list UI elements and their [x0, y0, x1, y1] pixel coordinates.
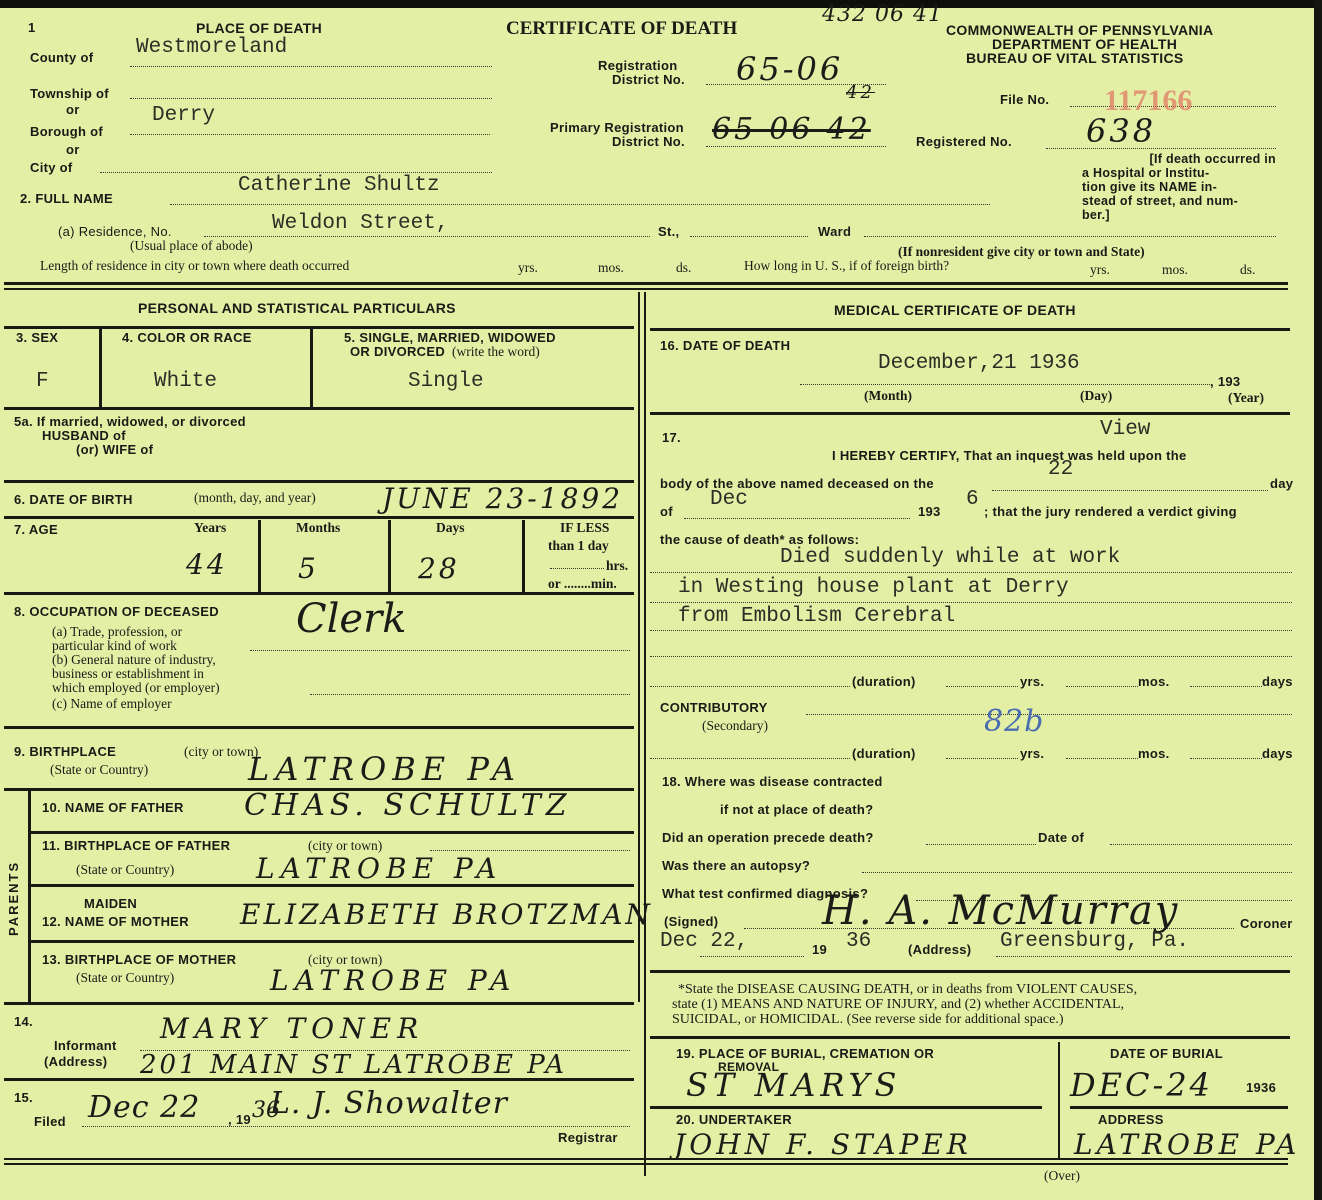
- burial-place-value: ST MARYS: [686, 1066, 901, 1104]
- registrar-signature: L. J. Showalter: [270, 1086, 508, 1121]
- coroner-label: Coroner: [1240, 916, 1293, 931]
- yrs-label: yrs.: [518, 260, 538, 276]
- informant-address-value: 201 MAIN ST LATROBE PA: [140, 1050, 567, 1080]
- or-text: or: [66, 102, 80, 117]
- primary-registration-label: Primary Registration: [550, 120, 684, 135]
- blue-code: 82b: [984, 704, 1044, 739]
- dob-sub-label: (month, day, and year): [194, 490, 316, 506]
- days-label: Days: [436, 520, 465, 536]
- signed-year-prefix: 19: [812, 942, 827, 957]
- over-label: (Over): [1044, 1168, 1080, 1184]
- father-birthplace-sub-2: (State or Country): [76, 862, 174, 878]
- min-label: or ........min.: [548, 576, 617, 592]
- marital-value: Single: [408, 370, 484, 393]
- coroner-signature: H. A. McMurray: [822, 888, 1179, 934]
- if-less-label: IF LESS: [560, 520, 609, 536]
- filed-number: 15.: [14, 1090, 33, 1105]
- township-label: Township of: [30, 86, 109, 101]
- contributory-label: CONTRIBUTORY: [660, 700, 768, 715]
- marital-label: 5. SINGLE, MARRIED, WIDOWED: [344, 330, 556, 345]
- informant-name-value: MARY TONER: [160, 1012, 424, 1045]
- ward-label: Ward: [818, 224, 851, 239]
- operation-label: Did an operation precede death?: [662, 830, 874, 845]
- primary-registration-label-2: District No.: [612, 134, 685, 149]
- year-prefix: , 193: [1210, 374, 1240, 389]
- husband-of-label: HUSBAND of: [42, 428, 126, 443]
- mother-birthplace-label: 13. BIRTHPLACE OF MOTHER: [42, 952, 236, 967]
- cause-line-2: in Westing house plant at Derry: [678, 576, 1069, 599]
- maiden-label: MAIDEN: [84, 896, 137, 911]
- undertaker-address-value: LATROBE PA: [1074, 1128, 1300, 1161]
- sex-label: 3. SEX: [16, 330, 58, 345]
- undertaker-label: 20. UNDERTAKER: [676, 1112, 792, 1127]
- inquest-year-value: 6: [966, 488, 979, 511]
- q18-label: 18. Where was disease contracted: [662, 774, 883, 789]
- q18-label-2: if not at place of death?: [720, 802, 873, 817]
- mother-birthplace-sub-2: (State or Country): [76, 970, 174, 986]
- footnote: *State the DISEASE CAUSING DEATH, or in …: [672, 982, 1137, 1027]
- view-value: View: [1100, 418, 1150, 441]
- mos-label: mos.: [1138, 674, 1170, 689]
- dod-label: 16. DATE OF DEATH: [660, 338, 790, 353]
- undertaker-value: JOHN F. STAPER: [674, 1128, 972, 1161]
- coroner-address-value: Greensburg, Pa.: [1000, 930, 1189, 953]
- inquest-month-value: Dec: [710, 488, 748, 511]
- filed-label: Filed: [34, 1114, 66, 1129]
- primary-registration-value: 65-06-42: [712, 112, 871, 147]
- undertaker-address-label: ADDRESS: [1098, 1112, 1164, 1127]
- father-birthplace-value: LATROBE PA: [256, 852, 502, 885]
- months-label: Months: [296, 520, 340, 536]
- certificate-paper: 1 PLACE OF DEATH County of Westmoreland …: [0, 8, 1314, 1200]
- signed-year-value: 36: [846, 930, 871, 953]
- inquest-day-value: 22: [1048, 458, 1073, 481]
- race-label: 4. COLOR OR RACE: [122, 330, 252, 345]
- duration-label: (duration): [852, 674, 916, 689]
- mother-name-value: ELIZABETH BROTZMAN: [240, 898, 653, 931]
- residence-value: Weldon Street,: [272, 212, 448, 235]
- age-months-value: 5: [298, 552, 319, 585]
- hrs-label: hrs.: [606, 558, 628, 574]
- place-of-death-heading: PLACE OF DEATH: [196, 20, 322, 36]
- or-text: or: [66, 142, 80, 157]
- registered-no-value: 638: [1086, 112, 1156, 150]
- full-name-value: Catherine Shultz: [238, 174, 440, 197]
- registration-district-label: Registration: [598, 58, 677, 73]
- file-no-label: File No.: [1000, 92, 1049, 107]
- days-label: days: [1262, 746, 1293, 761]
- than-one-day-label: than 1 day: [548, 538, 609, 554]
- dod-value: December,21 1936: [878, 352, 1080, 375]
- father-birthplace-label: 11. BIRTHPLACE OF FATHER: [42, 838, 230, 853]
- street-label: St.,: [658, 224, 679, 239]
- mos-label: mos.: [1138, 746, 1170, 761]
- date-of-label: Date of: [1038, 830, 1084, 845]
- certify-line-1: I HEREBY CERTIFY, That an inquest was he…: [832, 448, 1187, 463]
- borough-value: Derry: [152, 104, 215, 127]
- sex-value: F: [36, 370, 49, 393]
- yrs-label: yrs.: [1020, 674, 1044, 689]
- item-17-number: 17.: [662, 430, 681, 445]
- occupation-b-label-3: which employed (or employer): [52, 680, 220, 696]
- residence-sub-label: (Usual place of abode): [130, 238, 253, 254]
- duration-label: (duration): [852, 746, 916, 761]
- secondary-label: (Secondary): [702, 718, 768, 734]
- dob-label: 6. DATE OF BIRTH: [14, 492, 133, 507]
- cause-line-3: from Embolism Cerebral: [678, 605, 955, 628]
- scan-edge: [1314, 0, 1322, 1200]
- borough-label: Borough of: [30, 124, 103, 139]
- county-label: County of: [30, 50, 93, 65]
- burial-place-label: 19. PLACE OF BURIAL, CREMATION OR: [676, 1046, 934, 1061]
- hospital-note: [If death occurred in a Hospital or Inst…: [1082, 152, 1276, 222]
- day-word: day: [1270, 476, 1293, 491]
- month-label: (Month): [864, 388, 912, 404]
- registration-district-label-2: District No.: [612, 72, 685, 87]
- spouse-label: 5a. If married, widowed, or divorced: [14, 414, 246, 429]
- coroner-address-label: (Address): [908, 942, 971, 957]
- foreign-birth-label: How long in U. S., if of foreign birth?: [744, 258, 949, 274]
- father-name-value: CHAS. SCHULTZ: [244, 788, 572, 823]
- agency-line-3: BUREAU OF VITAL STATISTICS: [966, 50, 1184, 66]
- occupation-value: Clerk: [296, 596, 406, 642]
- age-days-value: 28: [418, 552, 460, 585]
- marital-label-2: OR DIVORCED: [350, 344, 445, 359]
- occupation-c-label: (c) Name of employer: [52, 696, 172, 712]
- years-label: Years: [194, 520, 226, 536]
- burial-date-label: DATE OF BURIAL: [1110, 1046, 1223, 1061]
- age-years-value: 44: [186, 548, 228, 581]
- certify-line-2: body of the above named deceased on the: [660, 476, 934, 491]
- cause-label: the cause of death* as follows:: [660, 532, 859, 547]
- day-label: (Day): [1080, 388, 1112, 404]
- certificate-title: CERTIFICATE OF DEATH: [506, 18, 737, 40]
- registrar-label: Registrar: [558, 1130, 618, 1145]
- full-name-label: 2. FULL NAME: [20, 191, 113, 206]
- county-value: Westmoreland: [136, 36, 287, 59]
- occupation-label: 8. OCCUPATION OF DECEASED: [14, 604, 219, 619]
- year-label: (Year): [1228, 390, 1264, 406]
- personal-heading: PERSONAL AND STATISTICAL PARTICULARS: [138, 300, 456, 316]
- item-number-1: 1: [28, 20, 36, 35]
- length-of-residence-label: Length of residence in city or town wher…: [40, 258, 349, 274]
- wife-of-label: (or) WIFE of: [76, 442, 153, 457]
- registration-district-value: 65-06: [736, 50, 843, 88]
- mos-label: mos.: [1162, 262, 1188, 278]
- ds-label: ds.: [676, 260, 691, 276]
- yrs-label: yrs.: [1020, 746, 1044, 761]
- city-label: City of: [30, 160, 73, 175]
- birthplace-label: 9. BIRTHPLACE: [14, 744, 116, 759]
- days-label: days: [1262, 674, 1293, 689]
- informant-address-label: (Address): [44, 1054, 107, 1069]
- burial-date-value: DEC-24: [1070, 1066, 1213, 1104]
- verdict-text: ; that the jury rendered a verdict givin…: [984, 504, 1237, 519]
- race-value: White: [154, 370, 217, 393]
- age-label: 7. AGE: [14, 522, 58, 537]
- marital-label-note: (write the word): [452, 344, 540, 360]
- ds-label: ds.: [1240, 262, 1255, 278]
- dob-value: JUNE 23-1892: [382, 482, 623, 515]
- informant-label: Informant: [54, 1038, 117, 1053]
- filed-date-value: Dec 22: [88, 1090, 200, 1125]
- primary-registration-strike: 42: [846, 82, 875, 103]
- handwritten-top-note: 432 06 41: [822, 2, 943, 27]
- birthplace-sub-label-2: (State or Country): [50, 762, 148, 778]
- of-word: of: [660, 504, 673, 519]
- father-name-label: 10. NAME OF FATHER: [42, 800, 184, 815]
- burial-year-value: 1936: [1246, 1080, 1276, 1095]
- signed-label: (Signed): [664, 914, 718, 929]
- registered-no-label: Registered No.: [916, 134, 1012, 149]
- yrs-label: yrs.: [1090, 262, 1110, 278]
- filed-year-prefix: , 19: [228, 1112, 251, 1127]
- cause-line-1: Died suddenly while at work: [780, 546, 1120, 569]
- signed-date-value: Dec 22,: [660, 930, 748, 953]
- mother-birthplace-value: LATROBE PA: [270, 964, 516, 997]
- autopsy-label: Was there an autopsy?: [662, 858, 810, 873]
- year-193: 193: [918, 504, 941, 519]
- birthplace-value: LATROBE PA: [248, 750, 521, 788]
- mos-label: mos.: [598, 260, 624, 276]
- informant-number: 14.: [14, 1014, 33, 1029]
- mother-name-label: 12. NAME OF MOTHER: [42, 914, 189, 929]
- residence-label: (a) Residence, No.: [58, 224, 172, 239]
- parents-side-label: PARENTS: [6, 861, 21, 936]
- medical-heading: MEDICAL CERTIFICATE OF DEATH: [834, 302, 1076, 318]
